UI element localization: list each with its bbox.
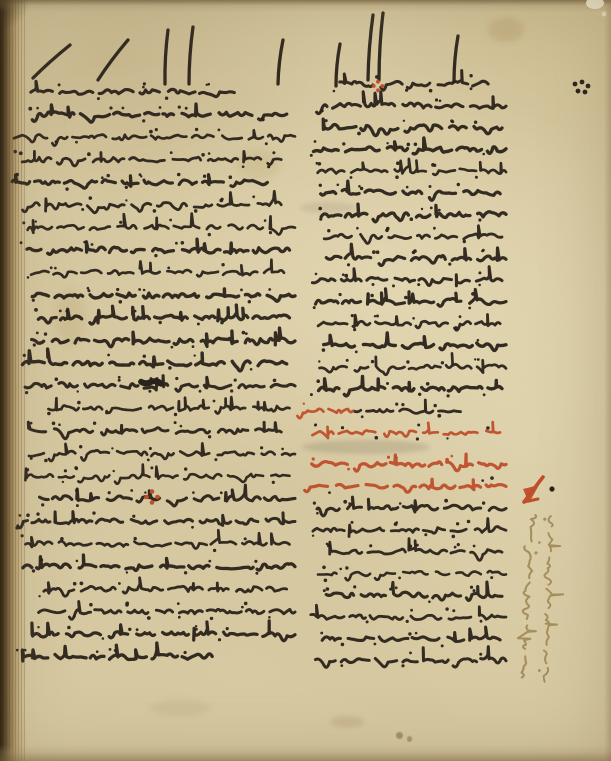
text-line xyxy=(25,376,295,395)
text-line xyxy=(14,128,295,146)
text-line xyxy=(16,643,212,661)
text-line xyxy=(318,353,506,374)
text-line xyxy=(316,647,507,668)
ascender-flourishes xyxy=(33,13,458,86)
text-line xyxy=(313,497,506,516)
marginal-note-line xyxy=(515,514,544,678)
text-line xyxy=(23,191,282,212)
corner-chip xyxy=(586,0,606,16)
text-line xyxy=(31,81,235,100)
text-line xyxy=(310,138,506,157)
text-line xyxy=(25,465,289,484)
text-line xyxy=(312,454,506,471)
text-line xyxy=(316,159,507,179)
text-line xyxy=(320,627,500,647)
manuscript-page xyxy=(0,0,611,761)
text-line xyxy=(28,104,286,123)
text-line xyxy=(318,314,500,331)
text-line xyxy=(34,305,289,326)
text-line xyxy=(27,260,284,279)
text-line xyxy=(32,328,295,349)
text-line xyxy=(312,422,500,441)
text-line xyxy=(319,181,501,200)
margin-rubric-glyph xyxy=(523,477,555,503)
text-line xyxy=(297,400,460,418)
text-line xyxy=(318,204,506,222)
text-line xyxy=(312,267,502,288)
text-line xyxy=(39,602,295,621)
text-line xyxy=(21,530,290,552)
text-line xyxy=(312,519,506,539)
text-line xyxy=(318,566,506,583)
text-line xyxy=(29,443,295,462)
margin-dot xyxy=(549,486,554,491)
text-line xyxy=(32,287,295,304)
text-line xyxy=(47,397,289,416)
text-line xyxy=(23,349,287,371)
text-line xyxy=(12,173,267,191)
text-line xyxy=(326,539,502,561)
text-line xyxy=(326,244,506,266)
right-text-column xyxy=(297,71,506,668)
text-line xyxy=(22,214,295,237)
text-line xyxy=(305,476,506,494)
left-text-column xyxy=(12,81,295,661)
text-line xyxy=(310,376,502,397)
text-line xyxy=(324,226,502,244)
text-line xyxy=(311,605,506,623)
text-line xyxy=(313,289,506,310)
text-line xyxy=(28,421,281,439)
text-line xyxy=(38,578,286,598)
text-line xyxy=(32,621,295,641)
marginal-note-line xyxy=(538,516,566,683)
manuscript-writing xyxy=(0,0,611,761)
text-line xyxy=(23,555,295,575)
text-line xyxy=(317,92,506,114)
text-line xyxy=(14,150,282,168)
text-line xyxy=(40,485,296,507)
text-line xyxy=(20,239,290,257)
text-line xyxy=(333,71,489,93)
text-line xyxy=(322,333,506,353)
quincunx-mark xyxy=(573,80,591,95)
text-line xyxy=(323,582,502,603)
text-line xyxy=(323,119,502,136)
text-line xyxy=(15,511,295,529)
marginal-note-vertical xyxy=(515,514,566,682)
